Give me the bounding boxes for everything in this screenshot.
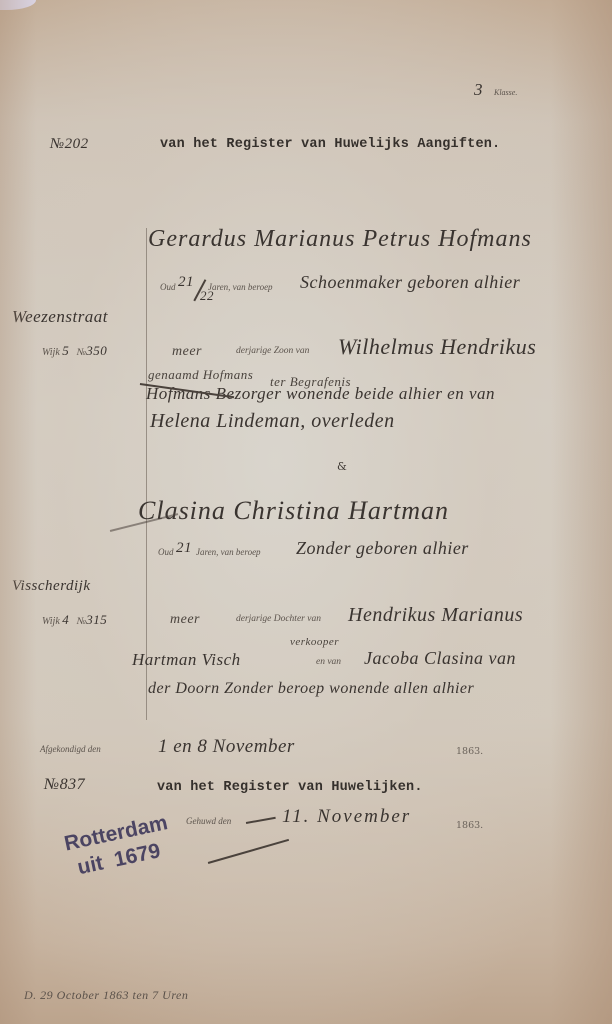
groom-father: Wilhelmus Hendrikus	[338, 334, 536, 360]
bride-father: Hendrikus Marianus	[348, 604, 523, 627]
archive-stamp: Rotterdam uit 1679	[62, 810, 176, 883]
marriage-register-value: 837	[60, 776, 86, 793]
bride-insertion: verkooper	[290, 636, 339, 648]
house-number-label: №	[77, 616, 86, 627]
proclaimed-year: 1863.	[456, 746, 483, 757]
bride-age-suffix: Jaren, van beroep	[196, 547, 261, 557]
marriage-register-number: №837	[44, 776, 85, 794]
proclaimed-dates: 1 en 8 November	[158, 736, 295, 758]
groom-line2: genaamd Hofmans	[148, 367, 253, 383]
bride-relation: derjarige Dochter van	[236, 614, 321, 624]
number-sign: №	[44, 776, 60, 793]
wijk-label: Wijk	[42, 616, 60, 627]
groom-wijk: Wijk 5 №350	[42, 343, 107, 359]
groom-mother: Helena Lindeman, overleden	[150, 410, 395, 433]
house-number-value: 315	[86, 612, 107, 627]
house-number-value: 350	[86, 343, 107, 358]
bride-name: Clasina Christina Hartman	[138, 496, 449, 526]
wijk-value: 4	[62, 612, 69, 627]
register-number-value: 202	[65, 136, 89, 152]
groom-status: meer	[172, 344, 202, 360]
footer-note: D. 29 October 1863 ten 7 Uren	[24, 988, 188, 1003]
bride-wijk: Wijk 4 №315	[42, 612, 107, 628]
bride-connector: en van	[316, 657, 341, 667]
wijk-label: Wijk	[42, 347, 60, 358]
header-title: van het Register van Huwelijks Aangiften…	[160, 137, 500, 152]
ampersand: &	[337, 460, 347, 473]
bride-mother: Jacoba Clasina van	[364, 648, 516, 669]
number-sign: №	[50, 136, 65, 152]
married-date: 11. November	[282, 806, 411, 828]
groom-age: 21	[178, 274, 194, 291]
wijk-value: 5	[62, 343, 69, 358]
bride-occupation: Zonder geboren alhier	[296, 538, 469, 559]
bride-age-label: Oud	[158, 547, 174, 557]
groom-age-label: Oud	[160, 282, 176, 292]
groom-age-suffix: Jaren, van beroep	[208, 282, 273, 292]
bride-line2: Hartman Visch	[132, 650, 241, 670]
bride-age: 21	[176, 540, 192, 557]
groom-name: Gerardus Marianus Petrus Hofmans	[148, 226, 532, 253]
proclaimed-label: Afgekondigd den	[40, 744, 101, 754]
class-number: 3	[474, 80, 483, 100]
married-dash	[246, 817, 276, 824]
bride-status: meer	[170, 612, 200, 628]
torn-corner	[0, 0, 36, 10]
house-number-label: №	[77, 347, 86, 358]
groom-occupation: Schoenmaker geboren alhier	[300, 272, 520, 293]
married-label: Gehuwd den	[186, 816, 231, 826]
bride-line3: der Doorn Zonder beroep wonende allen al…	[148, 680, 474, 698]
signature-line	[208, 839, 289, 864]
married-year: 1863.	[456, 820, 483, 831]
bride-street: Visscherdijk	[12, 578, 90, 595]
register-number: №202	[50, 136, 89, 153]
groom-street: Weezenstraat	[12, 307, 108, 327]
groom-relation: derjarige Zoon van	[236, 346, 309, 356]
marriage-register-title: van het Register van Huwelijken.	[157, 780, 423, 795]
margin-rule	[146, 228, 147, 720]
class-label: Klasse.	[494, 88, 517, 97]
groom-line3: Hofmans Bezorger wonende beide alhier en…	[146, 384, 495, 404]
register-page: 3 Klasse. №202 van het Register van Huwe…	[0, 0, 612, 1024]
